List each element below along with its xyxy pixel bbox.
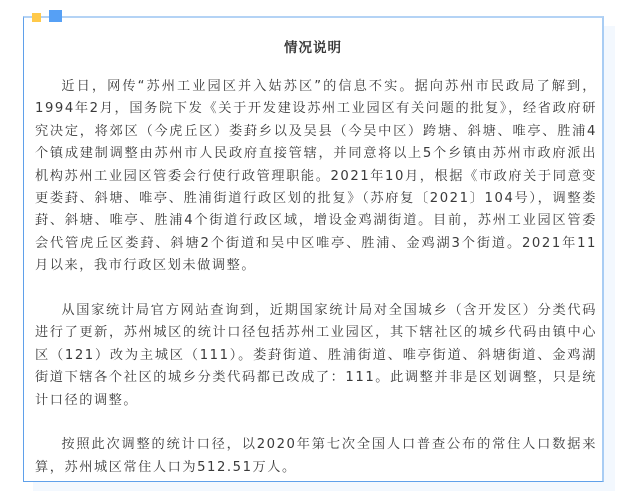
document-body: 近日，网传“苏州工业园区并入姑苏区”的信息不实。据向苏州市民政局了解到，1994…: [35, 76, 597, 479]
blue-square-decoration-icon: [49, 10, 62, 22]
paragraph-3: 按照此次调整的统计口径，以2020年第七次全国人口普查公布的常住人口数据来算，苏…: [35, 434, 597, 479]
yellow-square-decoration-icon: [32, 13, 41, 22]
paragraph-1: 近日，网传“苏州工业园区并入姑苏区”的信息不实。据向苏州市民政局了解到，1994…: [35, 76, 597, 278]
paragraph-2: 从国家统计局官方网站查询到，近期国家统计局对全国城乡（含开发区）分类代码进行了更…: [35, 300, 597, 412]
info-card: 情况说明 近日，网传“苏州工业园区并入姑苏区”的信息不实。据向苏州市民政局了解到…: [23, 16, 604, 482]
page-title: 情况说明: [24, 36, 602, 56]
